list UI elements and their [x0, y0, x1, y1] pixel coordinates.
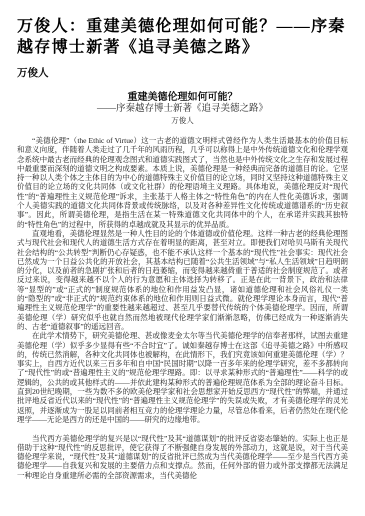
article-title: 重建美德伦理如何可能？: [17, 92, 348, 103]
paragraph: 直观地看，美德伦理显然是一种人性目的论的个体道德或价值伦理。这样一种古老的经典伦…: [17, 229, 348, 331]
article-byline: 万俊人: [17, 116, 348, 125]
article-header: 重建美德伦理如何可能？ ——序秦越存博士新著《追寻美德之路》 万俊人: [17, 92, 348, 125]
document-page: 万俊人：重建美德伦理如何可能？——序秦越存博士新著《追寻美德之路》 万俊人 重建…: [0, 0, 365, 516]
article-body: “美德伦理”（the Ethic of Virtue）这一古老的道德文明样式曾经…: [17, 136, 348, 480]
article-subtitle: ——序秦越存博士新著《追寻美德之路》: [17, 104, 348, 115]
paragraph: “美德伦理”（the Ethic of Virtue）这一古老的道德文明样式曾经…: [17, 136, 348, 229]
page-author: 万俊人: [17, 68, 348, 80]
page-title: 万俊人：重建美德伦理如何可能？——序秦越存博士新著《追寻美德之路》: [17, 16, 348, 58]
paragraph: 在此学术情势下，研究美德伦理、甚或像麦金太尔等当代美德伦理学的信奉者那样，试图去…: [17, 331, 348, 424]
paragraph: 当代西方美德伦理学的复兴是以“现代性”及其“道德谋划”的批评反省姿态肇始的。实际…: [17, 434, 348, 480]
